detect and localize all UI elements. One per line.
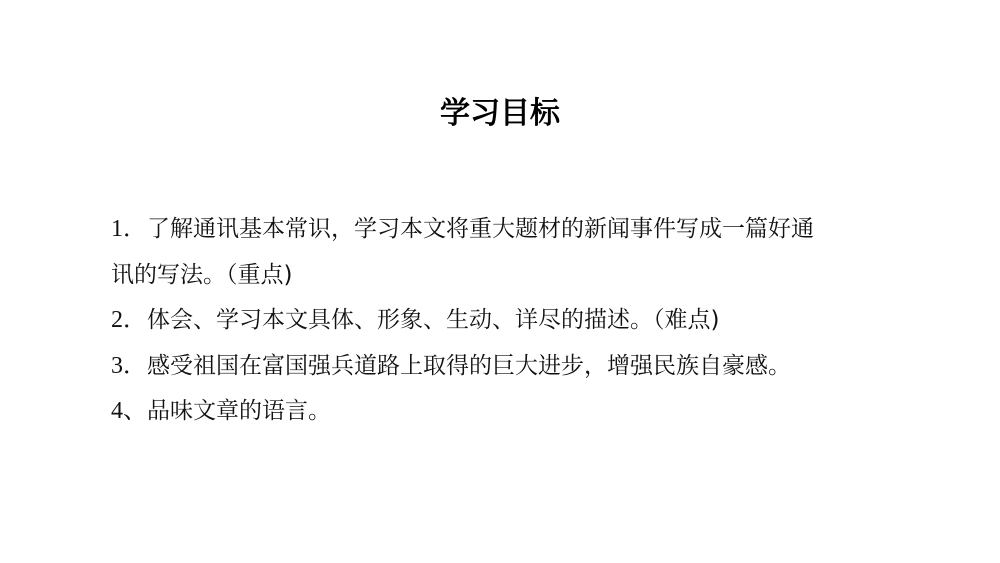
objective-1-line-2: 讯的写法。（重点) bbox=[111, 253, 911, 299]
item-number: 4、 bbox=[111, 398, 147, 424]
item-number: 2． bbox=[111, 307, 147, 333]
objectives-list: 1．了解通讯基本常识，学习本文将重大题材的新闻事件写成一篇好通 讯的写法。（重点… bbox=[111, 207, 911, 435]
slide-title: 学习目标 bbox=[0, 92, 1000, 136]
item-text: 体会、学习本文具体、形象、生动、详尽的描述。（难点) bbox=[147, 307, 719, 333]
item-number: 3． bbox=[111, 353, 147, 379]
objective-4: 4、品味文章的语言。 bbox=[111, 389, 911, 435]
objective-1-line-1: 1．了解通讯基本常识，学习本文将重大题材的新闻事件写成一篇好通 bbox=[111, 207, 911, 253]
objective-3: 3．感受祖国在富国强兵道路上取得的巨大进步，增强民族自豪感。 bbox=[111, 344, 911, 390]
item-number: 1． bbox=[111, 216, 147, 242]
item-text: 讯的写法。（重点) bbox=[111, 262, 292, 288]
item-text: 了解通讯基本常识，学习本文将重大题材的新闻事件写成一篇好通 bbox=[147, 216, 814, 242]
item-text: 品味文章的语言。 bbox=[147, 398, 331, 424]
item-text: 感受祖国在富国强兵道路上取得的巨大进步，增强民族自豪感。 bbox=[147, 353, 791, 379]
objective-2: 2．体会、学习本文具体、形象、生动、详尽的描述。（难点) bbox=[111, 298, 911, 344]
